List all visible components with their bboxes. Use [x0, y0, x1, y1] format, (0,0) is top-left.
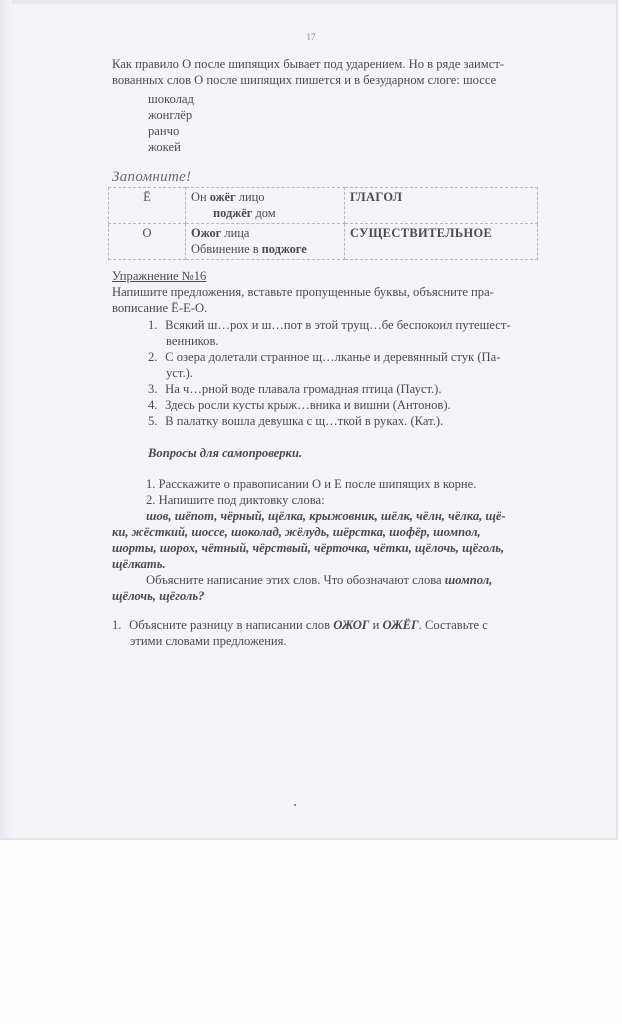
intro-line-2: вованных слов О после шипящих пишется и …	[112, 72, 496, 88]
example-bold: поджоге	[262, 242, 307, 256]
dictation-words-line-1: шов, шёпот, чёрный, щёлка, крыжовник, шё…	[146, 508, 506, 524]
item-number: 2.	[148, 349, 162, 365]
scanned-page: 17 Как правило О после шипящих бывает по…	[0, 0, 618, 840]
example-bold: ожёг	[210, 190, 236, 204]
example-word: жонглёр	[148, 107, 192, 123]
remember-heading: Запомните!	[112, 169, 191, 186]
explain-bold: шомпол,	[445, 573, 493, 587]
self-check-question-2: 2. Напишите под диктовку слова:	[146, 492, 325, 508]
exercise-instruction-line-2: вописание Ё-Е-О.	[112, 300, 207, 316]
example-bold: Ожог	[191, 226, 221, 240]
page-number: 17	[0, 32, 622, 42]
exercise-item: 1. Всякий ш…рох и ш…пот в этой трущ…бе б…	[148, 317, 511, 333]
item-text: Здесь росли кусты крыж…вника и вишни (Ан…	[165, 398, 451, 412]
letter-cell: О	[109, 224, 186, 260]
item-number: 3.	[148, 381, 162, 397]
self-check-question-1: 1. Расскажите о правописании О и Е после…	[146, 476, 476, 492]
exercise-item-continuation: уст.).	[166, 365, 193, 381]
scan-edge-left	[0, 0, 12, 838]
item-text: В палатку вошла девушка с щ…ткой в руках…	[165, 414, 443, 428]
task-text: Объясните разницу в написании слов	[129, 618, 333, 632]
task-word: ОЖЁГ	[382, 618, 418, 632]
task-number: 1.	[112, 617, 126, 633]
example-text: Обвинение в	[191, 242, 262, 256]
exercise-item: 3. На ч…рной воде плавала громадная птиц…	[148, 381, 442, 397]
example-word: жокей	[148, 139, 181, 155]
scan-edge-top	[0, 0, 616, 4]
table-row: Ё Он ожёг лицо поджёг дом ГЛАГОЛ	[109, 188, 538, 224]
rule-table: Ё Он ожёг лицо поджёг дом ГЛАГОЛ О Ожог …	[108, 187, 538, 260]
self-check-title: Вопросы для самопроверки.	[148, 445, 302, 461]
example-text: лицо	[236, 190, 265, 204]
item-text: Всякий ш…рох и ш…пот в этой трущ…бе бесп…	[165, 318, 510, 332]
exercise-item-continuation: венников.	[166, 333, 219, 349]
item-number: 4.	[148, 397, 162, 413]
item-number: 1.	[148, 317, 162, 333]
dictation-words-line-3: шорты, шорох, чётный, чёрствый, чёрточка…	[112, 540, 504, 556]
explain-line-2: щёлочь, щёголь?	[112, 588, 204, 604]
task-line-2: этими словами предложения.	[130, 633, 287, 649]
part-of-speech-cell: ГЛАГОЛ	[345, 188, 538, 224]
example-bold: поджёг	[213, 206, 252, 220]
part-of-speech-cell: СУЩЕСТВИТЕЛЬНОЕ	[345, 224, 538, 260]
example-cell: Ожог лица Обвинение в поджоге	[186, 224, 345, 260]
explain-line: Объясните написание этих слов. Что обозн…	[146, 572, 492, 588]
exercise-item: 4. Здесь росли кусты крыж…вника и вишни …	[148, 397, 451, 413]
exercise-item: 5. В палатку вошла девушка с щ…ткой в ру…	[148, 413, 443, 429]
dictation-words-line-2: ки, жёсткий, шоссе, шоколад, жёлудь, шёр…	[112, 524, 481, 540]
example-text: лица	[221, 226, 249, 240]
explain-text: Объясните написание этих слов. Что обозн…	[146, 573, 445, 587]
intro-line-1: Как правило О после шипящих бывает под у…	[112, 56, 504, 72]
example-text: дом	[252, 206, 275, 220]
task-text: . Составьте с	[419, 618, 488, 632]
table-row: О Ожог лица Обвинение в поджоге СУЩЕСТВИ…	[109, 224, 538, 260]
task-word: ОЖОГ	[333, 618, 369, 632]
task-text: и	[369, 618, 382, 632]
scan-speck	[294, 804, 296, 806]
dictation-words-line-4: щёлкать.	[112, 556, 166, 572]
letter-cell: Ё	[109, 188, 186, 224]
example-word: шоколад	[148, 91, 194, 107]
example-text: Он	[191, 190, 210, 204]
example-cell: Он ожёг лицо поджёг дом	[186, 188, 345, 224]
task-line-1: 1. Объясните разницу в написании слов ОЖ…	[112, 617, 488, 633]
item-number: 5.	[148, 413, 162, 429]
item-text: На ч…рной воде плавала громадная птица (…	[165, 382, 441, 396]
example-word: ранчо	[148, 123, 179, 139]
exercise-title: Упражнение №16	[112, 268, 206, 284]
exercise-instruction-line-1: Напишите предложения, вставьте пропущенн…	[112, 284, 494, 300]
exercise-item: 2. С озера долетали странное щ…лканье и …	[148, 349, 500, 365]
item-text: С озера долетали странное щ…лканье и дер…	[165, 350, 500, 364]
